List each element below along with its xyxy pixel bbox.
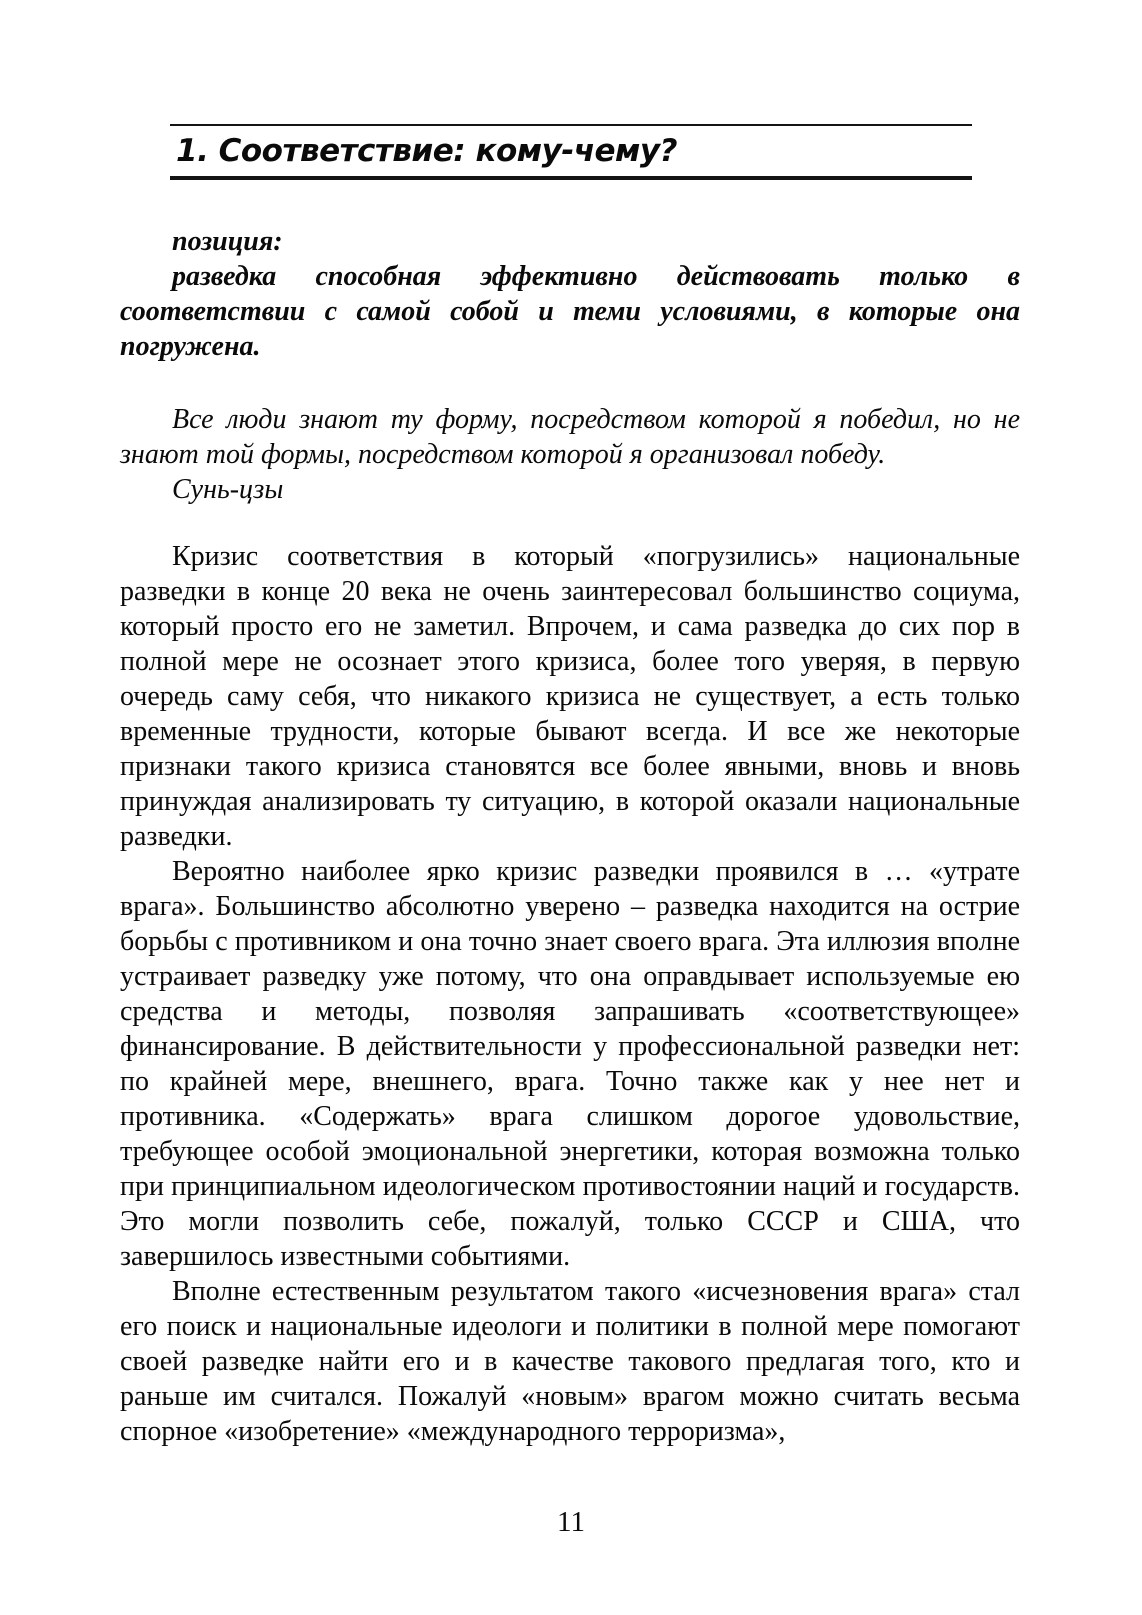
paragraph: Вполне естественным результатом такого «… — [120, 1274, 1020, 1449]
text-column: 1. Соответствие: кому-чему? позиция: раз… — [120, 0, 1020, 1449]
chapter-heading: 1. Соответствие: кому-чему? — [170, 124, 972, 180]
position-label: позиция: — [120, 224, 1020, 259]
position-block: позиция: разведка способная эффективно д… — [120, 224, 1020, 364]
position-text: разведка способная эффективно действоват… — [120, 259, 1020, 364]
epigraph-author: Сунь-цзы — [120, 472, 1020, 507]
epigraph-text: Все люди знают ту форму, посредством кот… — [120, 402, 1020, 472]
page-number: 11 — [0, 1506, 1142, 1539]
chapter-title: 1. Соответствие: кому-чему? — [176, 132, 972, 170]
paragraph: Вероятно наиболее ярко кризис разведки п… — [120, 854, 1020, 1274]
epigraph: Все люди знают ту форму, посредством кот… — [120, 402, 1020, 507]
paragraph: Кризис соответствия в который «погрузили… — [120, 539, 1020, 854]
body-text: Кризис соответствия в который «погрузили… — [120, 539, 1020, 1449]
document-page: 1. Соответствие: кому-чему? позиция: раз… — [0, 0, 1142, 1615]
